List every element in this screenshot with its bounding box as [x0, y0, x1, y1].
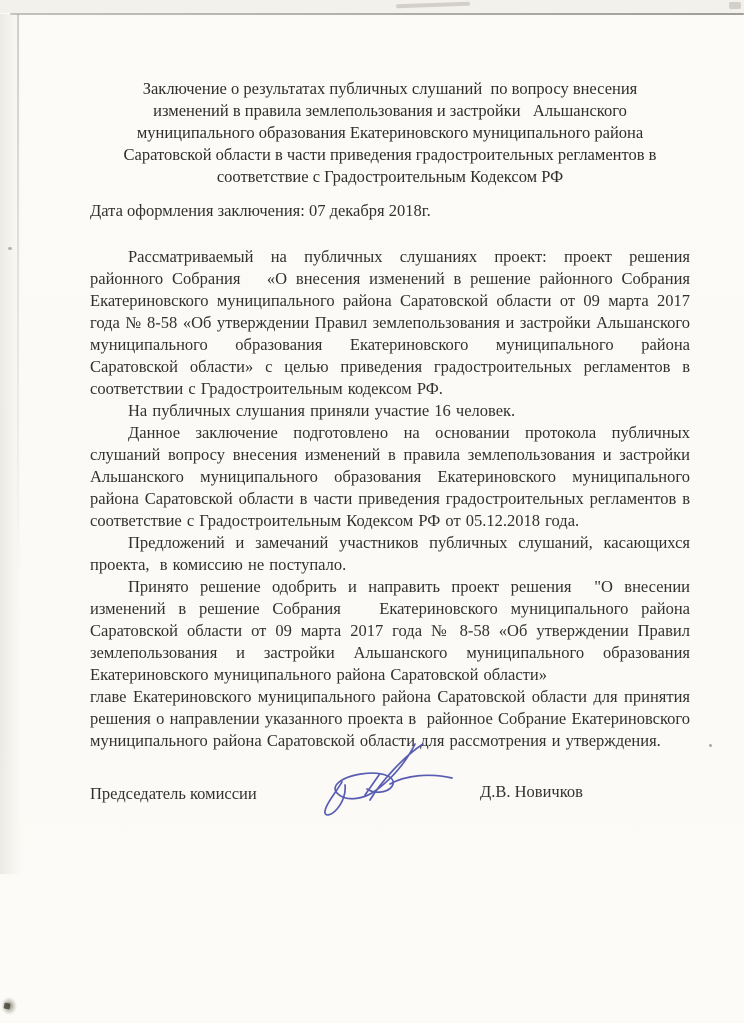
- scanned-document-page: Заключение о результатах публичных слуша…: [0, 0, 744, 1023]
- signature-block: Председатель комиссии Д.В. Новичков: [90, 772, 690, 868]
- paragraph-participants-count: На публичных слушания приняли участие 16…: [90, 400, 690, 422]
- paragraph-decision: Принято решение одобрить и направить про…: [90, 576, 690, 686]
- paragraph-no-objections: Предложений и замечаний участников публи…: [90, 532, 690, 576]
- handwritten-signature: [318, 732, 463, 824]
- paragraph-protocol-basis: Данное заключение подготовлено на основа…: [90, 422, 690, 532]
- document-title: Заключение о результатах публичных слуша…: [114, 78, 666, 188]
- paragraph-project-description: Рассматриваемый на публичных слушаниях п…: [90, 246, 690, 400]
- conclusion-date-line: Дата оформления заключения: 07 декабря 2…: [90, 200, 690, 222]
- signatory-name: Д.В. Новичков: [480, 782, 583, 802]
- scan-speck: [3, 1002, 10, 1009]
- signature-role-label: Председатель комиссии: [90, 784, 257, 804]
- document-body: Заключение о результатах публичных слуша…: [0, 0, 744, 868]
